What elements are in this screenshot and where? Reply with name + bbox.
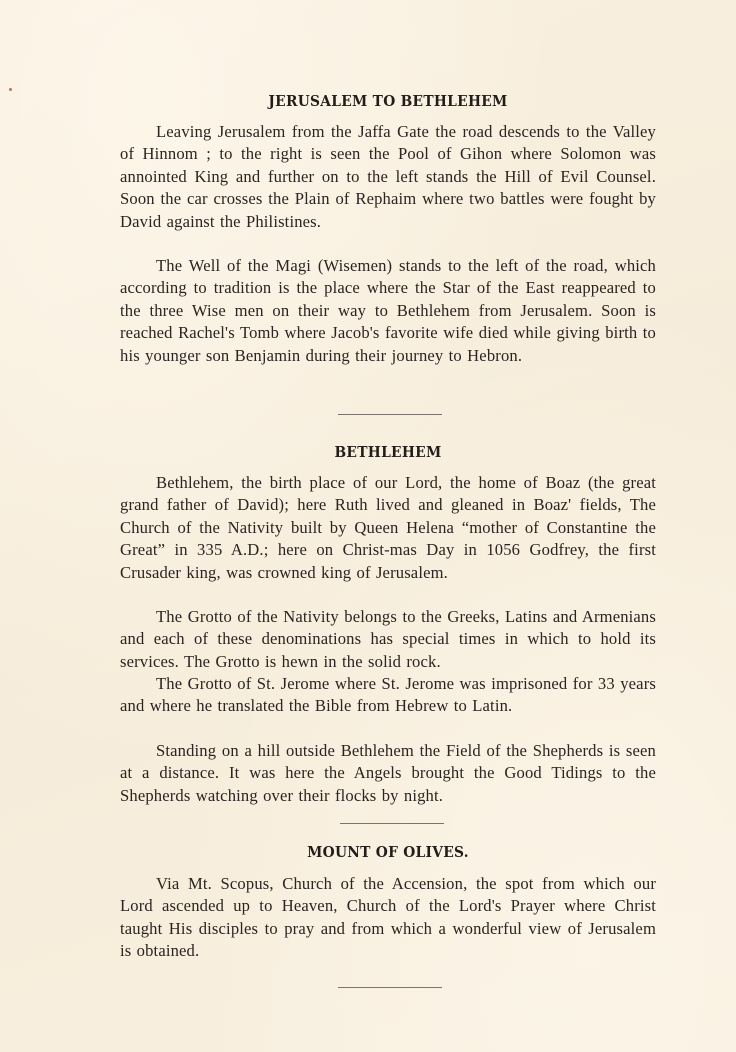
paragraph: The Grotto of the Nativity belongs to th…	[120, 606, 656, 673]
section-divider	[338, 987, 442, 988]
paper-speck	[9, 88, 12, 91]
paragraph: The Well of the Magi (Wisemen) stands to…	[120, 255, 656, 367]
paragraph: The Grotto of St. Jerome where St. Jerom…	[120, 673, 656, 718]
paragraph: Leaving Jerusalem from the Jaffa Gate th…	[120, 121, 656, 233]
paragraph: Standing on a hill outside Bethlehem the…	[120, 740, 656, 807]
document-page: JERUSALEM TO BETHLEHEM Leaving Jerusalem…	[0, 0, 736, 1052]
section-divider	[340, 823, 444, 824]
paragraph: Via Mt. Scopus, Church of the Accension,…	[120, 873, 656, 963]
paragraph: Bethlehem, the birth place of our Lord, …	[120, 472, 656, 584]
section-divider	[338, 414, 442, 415]
section-title-bethlehem: BETHLEHEM	[141, 443, 634, 461]
section-title-jerusalem-to-bethlehem: JERUSALEM TO BETHLEHEM	[141, 92, 634, 110]
section-title-mount-of-olives: MOUNT OF OLIVES.	[141, 843, 634, 861]
